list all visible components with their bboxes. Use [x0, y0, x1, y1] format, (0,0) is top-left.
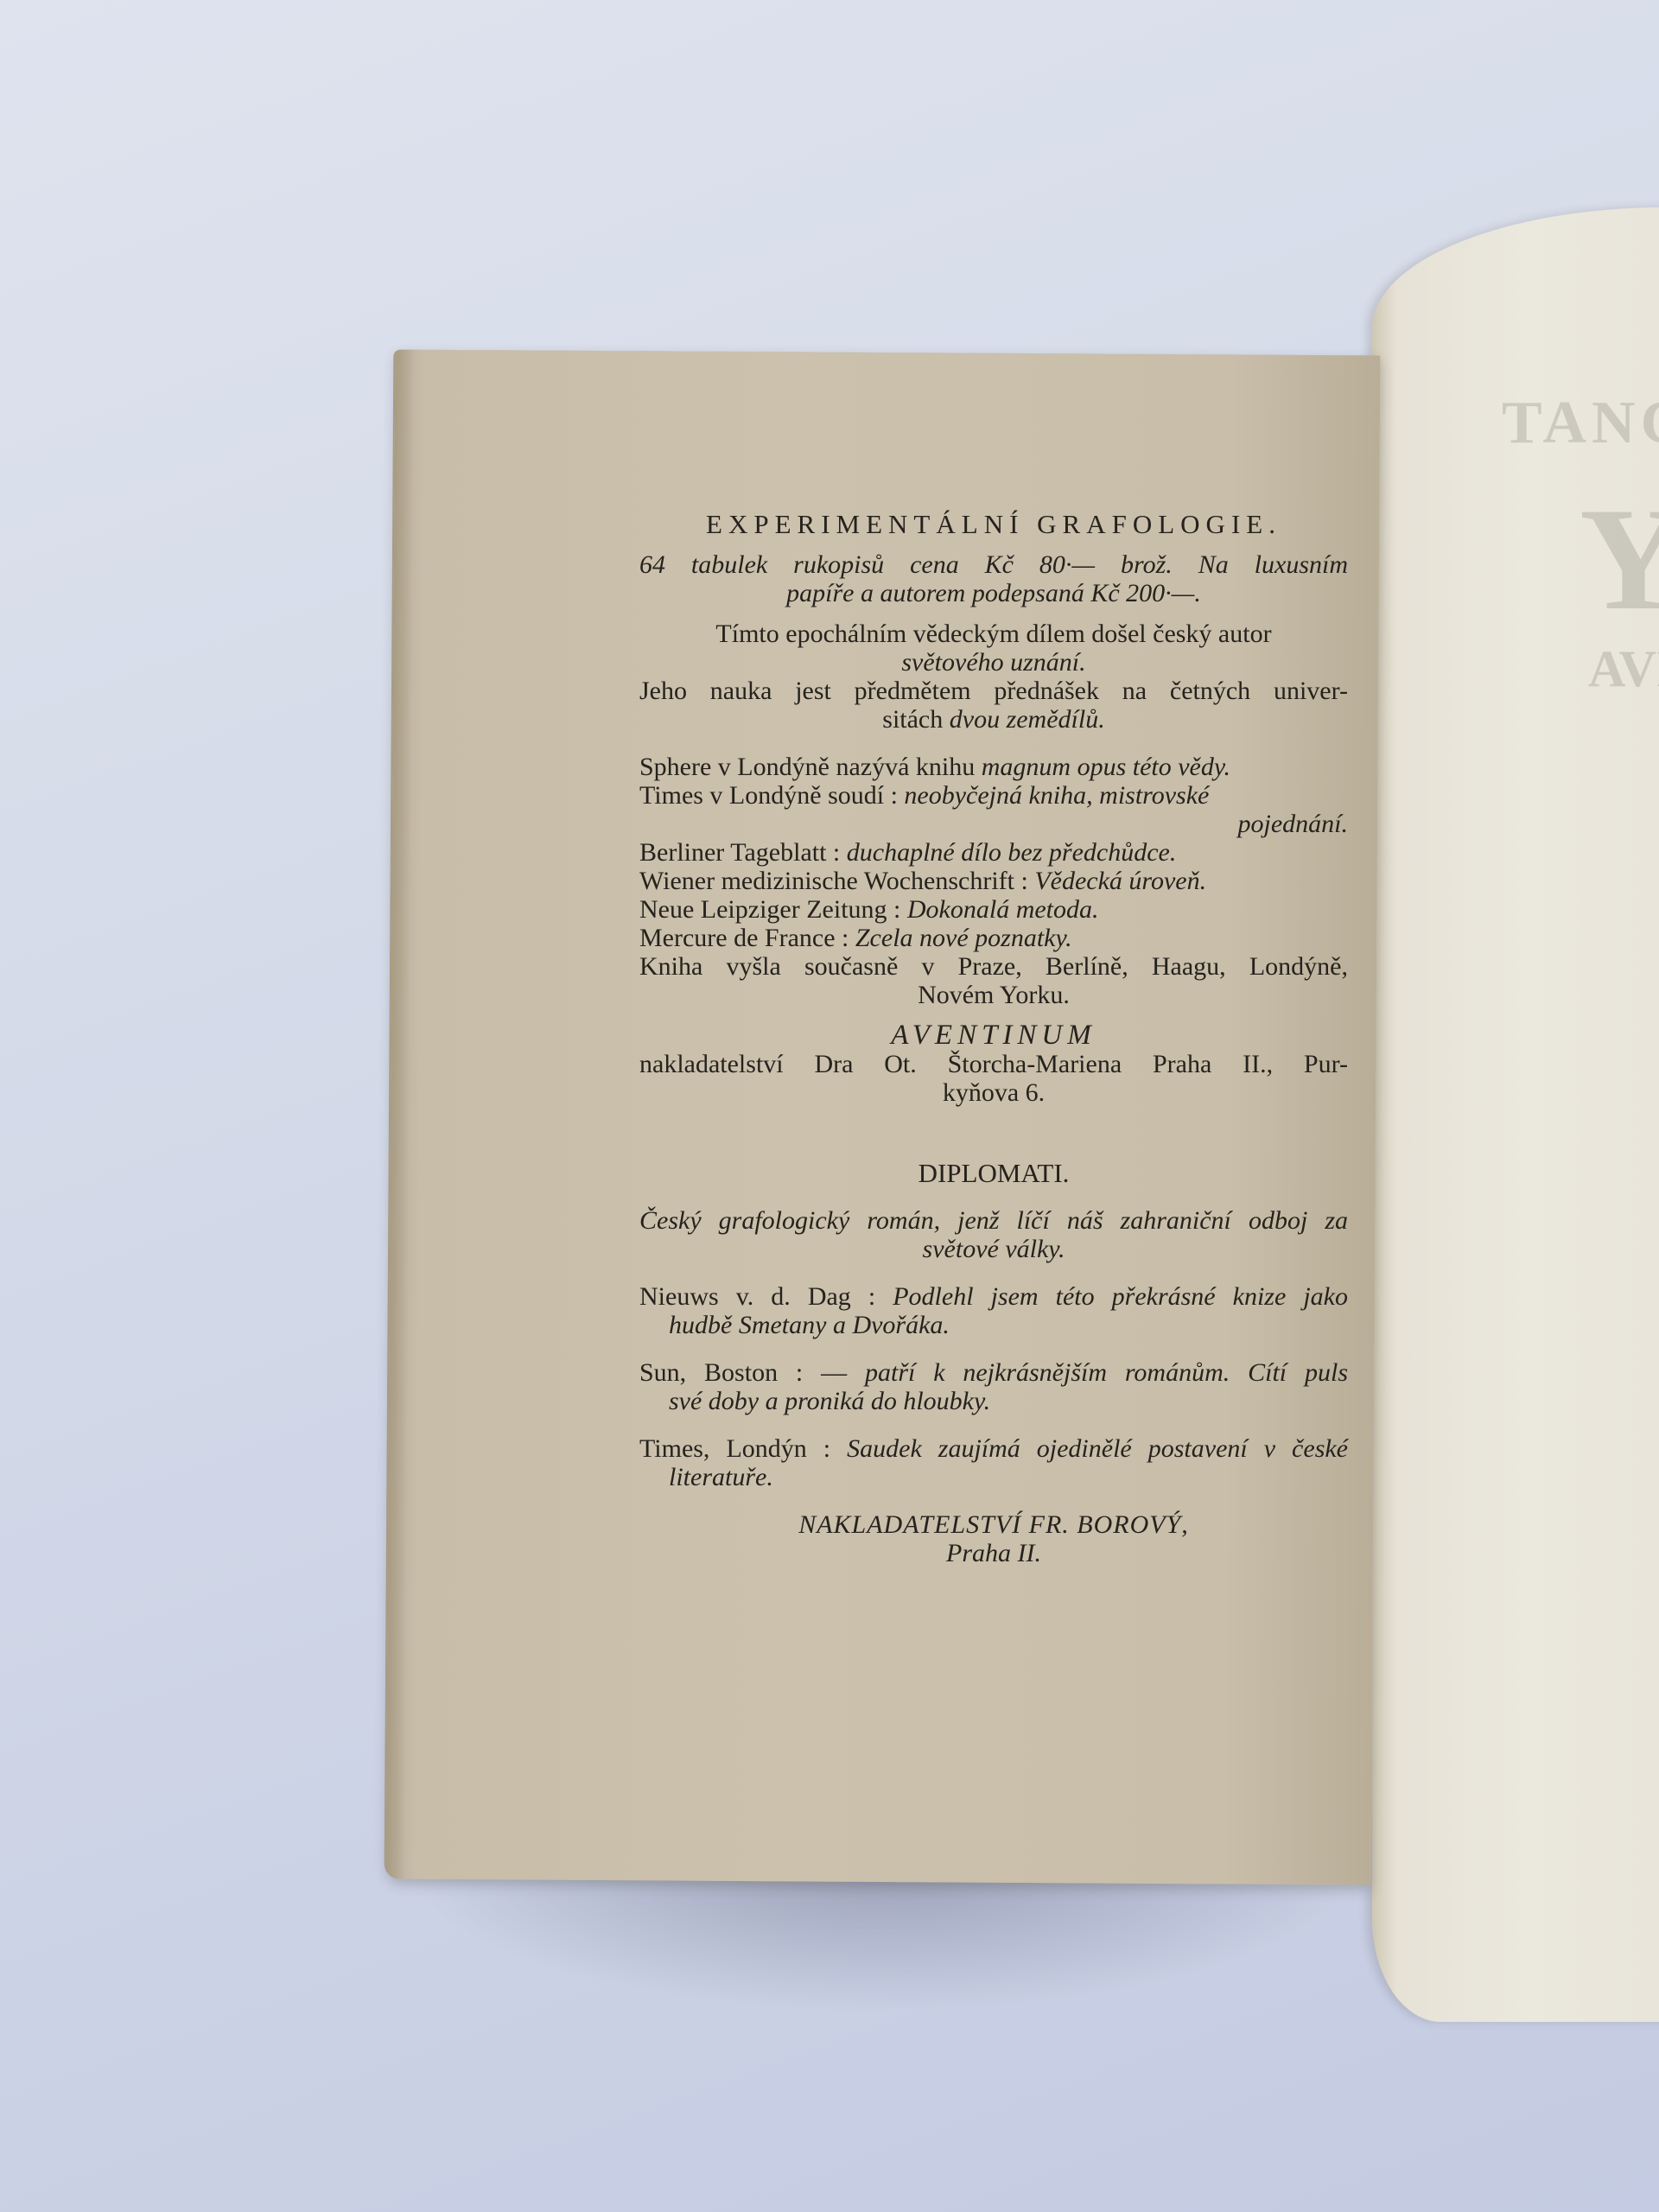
page-text: EXPERIMENTÁLNÍ GRAFOLOGIE. 64 tabulek ru… — [639, 510, 1348, 1567]
review-wiener: Wiener medizinische Wochenschrift : Věde… — [639, 867, 1348, 895]
review-source: Sun, Boston : — — [639, 1358, 865, 1387]
publisher-borovy-city: Praha II. — [639, 1539, 1348, 1567]
cover-title-fragment: TANC — [1502, 389, 1659, 458]
review-quote: Zcela nové poznatky. — [855, 924, 1072, 952]
review-quote: Vědecká úroveň. — [1034, 867, 1206, 895]
review-quote: Podlehl jsem této překrásné knize jako — [893, 1282, 1348, 1311]
claim-line-3: Jeho nauka jest předmětem přednášek na č… — [639, 677, 1348, 705]
review-source: Times, Londýn : — [639, 1434, 847, 1463]
book-cover-page: TANC Y AVI — [1372, 207, 1659, 2022]
publisher-aventinum: AVENTINUM — [639, 1021, 1348, 1050]
review-sun-continuation: své doby a proniká do hloubky. — [639, 1387, 1348, 1415]
review-source: Times v Londýně soudí : — [639, 781, 904, 810]
review-sphere: Sphere v Londýně nazývá knihu magnum opu… — [639, 753, 1348, 781]
published-line-2: Novém Yorku. — [639, 981, 1348, 1009]
review-mercure: Mercure de France : Zcela nové poznatky. — [639, 924, 1348, 952]
claim-line-1: Tímto epochálním vědeckým dílem došel če… — [639, 620, 1348, 648]
review-quote: Dokonalá metoda. — [907, 895, 1099, 924]
review-source: Nieuws v. d. Dag : — [639, 1282, 893, 1311]
claim-line-2: světového uznání. — [639, 648, 1348, 677]
price-line-2: papíře a autorem podepsaná Kč 200·—. — [639, 579, 1348, 607]
publisher-line-1: nakladatelství Dra Ot. Štorcha-Mariena P… — [639, 1050, 1348, 1078]
publisher-line-2: kyňova 6. — [639, 1078, 1348, 1107]
section-title-diplomati: DIPLOMATI. — [639, 1159, 1348, 1187]
review-quote: neobyčejná kniha, mistrovské — [904, 781, 1209, 810]
publisher-borovy: NAKLADATELSTVÍ FR. BOROVÝ, — [639, 1510, 1348, 1539]
review-quote: duchaplné dílo bez předchůdce. — [847, 838, 1177, 867]
cover-big-letter: Y — [1580, 475, 1659, 644]
review-quote: Saudek zaujímá ojedinělé postavení v čes… — [847, 1434, 1348, 1463]
review-leipziger: Neue Leipziger Zeitung : Dokonalá metoda… — [639, 895, 1348, 924]
claim-line-4-plain: sitách — [882, 705, 949, 734]
section-title-grafologie: EXPERIMENTÁLNÍ GRAFOLOGIE. — [639, 510, 1348, 538]
claim-line-4-italic: dvou zemědílů. — [950, 705, 1105, 734]
review-berliner: Berliner Tageblatt : duchaplné dílo bez … — [639, 838, 1348, 867]
review-sun: Sun, Boston : — patří k nejkrásnějším ro… — [639, 1358, 1348, 1387]
review-source: Berliner Tageblatt : — [639, 838, 847, 867]
review-source: Wiener medizinische Wochenschrift : — [639, 867, 1034, 895]
review-times: Times v Londýně soudí : neobyčejná kniha… — [639, 781, 1348, 810]
published-line-1: Kniha vyšla současně v Praze, Berlíně, H… — [639, 952, 1348, 981]
review-times-londyn: Times, Londýn : Saudek zaujímá ojedinělé… — [639, 1434, 1348, 1463]
review-source: Neue Leipziger Zeitung : — [639, 895, 907, 924]
review-times-londyn-continuation: literatuře. — [639, 1463, 1348, 1491]
review-quote: patří k nejkrásnějším románům. Cítí puls — [865, 1358, 1348, 1387]
review-nieuws-continuation: hudbě Smetany a Dvořáka. — [639, 1311, 1348, 1339]
diplomati-desc-1: Český grafologický román, jenž líčí náš … — [639, 1206, 1348, 1235]
price-line-1: 64 tabulek rukopisů cena Kč 80·— brož. N… — [639, 550, 1348, 579]
review-nieuws: Nieuws v. d. Dag : Podlehl jsem této pře… — [639, 1282, 1348, 1311]
diplomati-desc-2: světové války. — [639, 1235, 1348, 1263]
claim-line-4: sitách dvou zemědílů. — [639, 705, 1348, 734]
review-source: Sphere v Londýně nazývá knihu — [639, 753, 982, 781]
review-quote: magnum opus této vědy. — [982, 753, 1230, 781]
cover-small-fragment: AVI — [1588, 639, 1659, 699]
review-source: Mercure de France : — [639, 924, 855, 952]
review-times-continuation: pojednání. — [639, 810, 1348, 838]
